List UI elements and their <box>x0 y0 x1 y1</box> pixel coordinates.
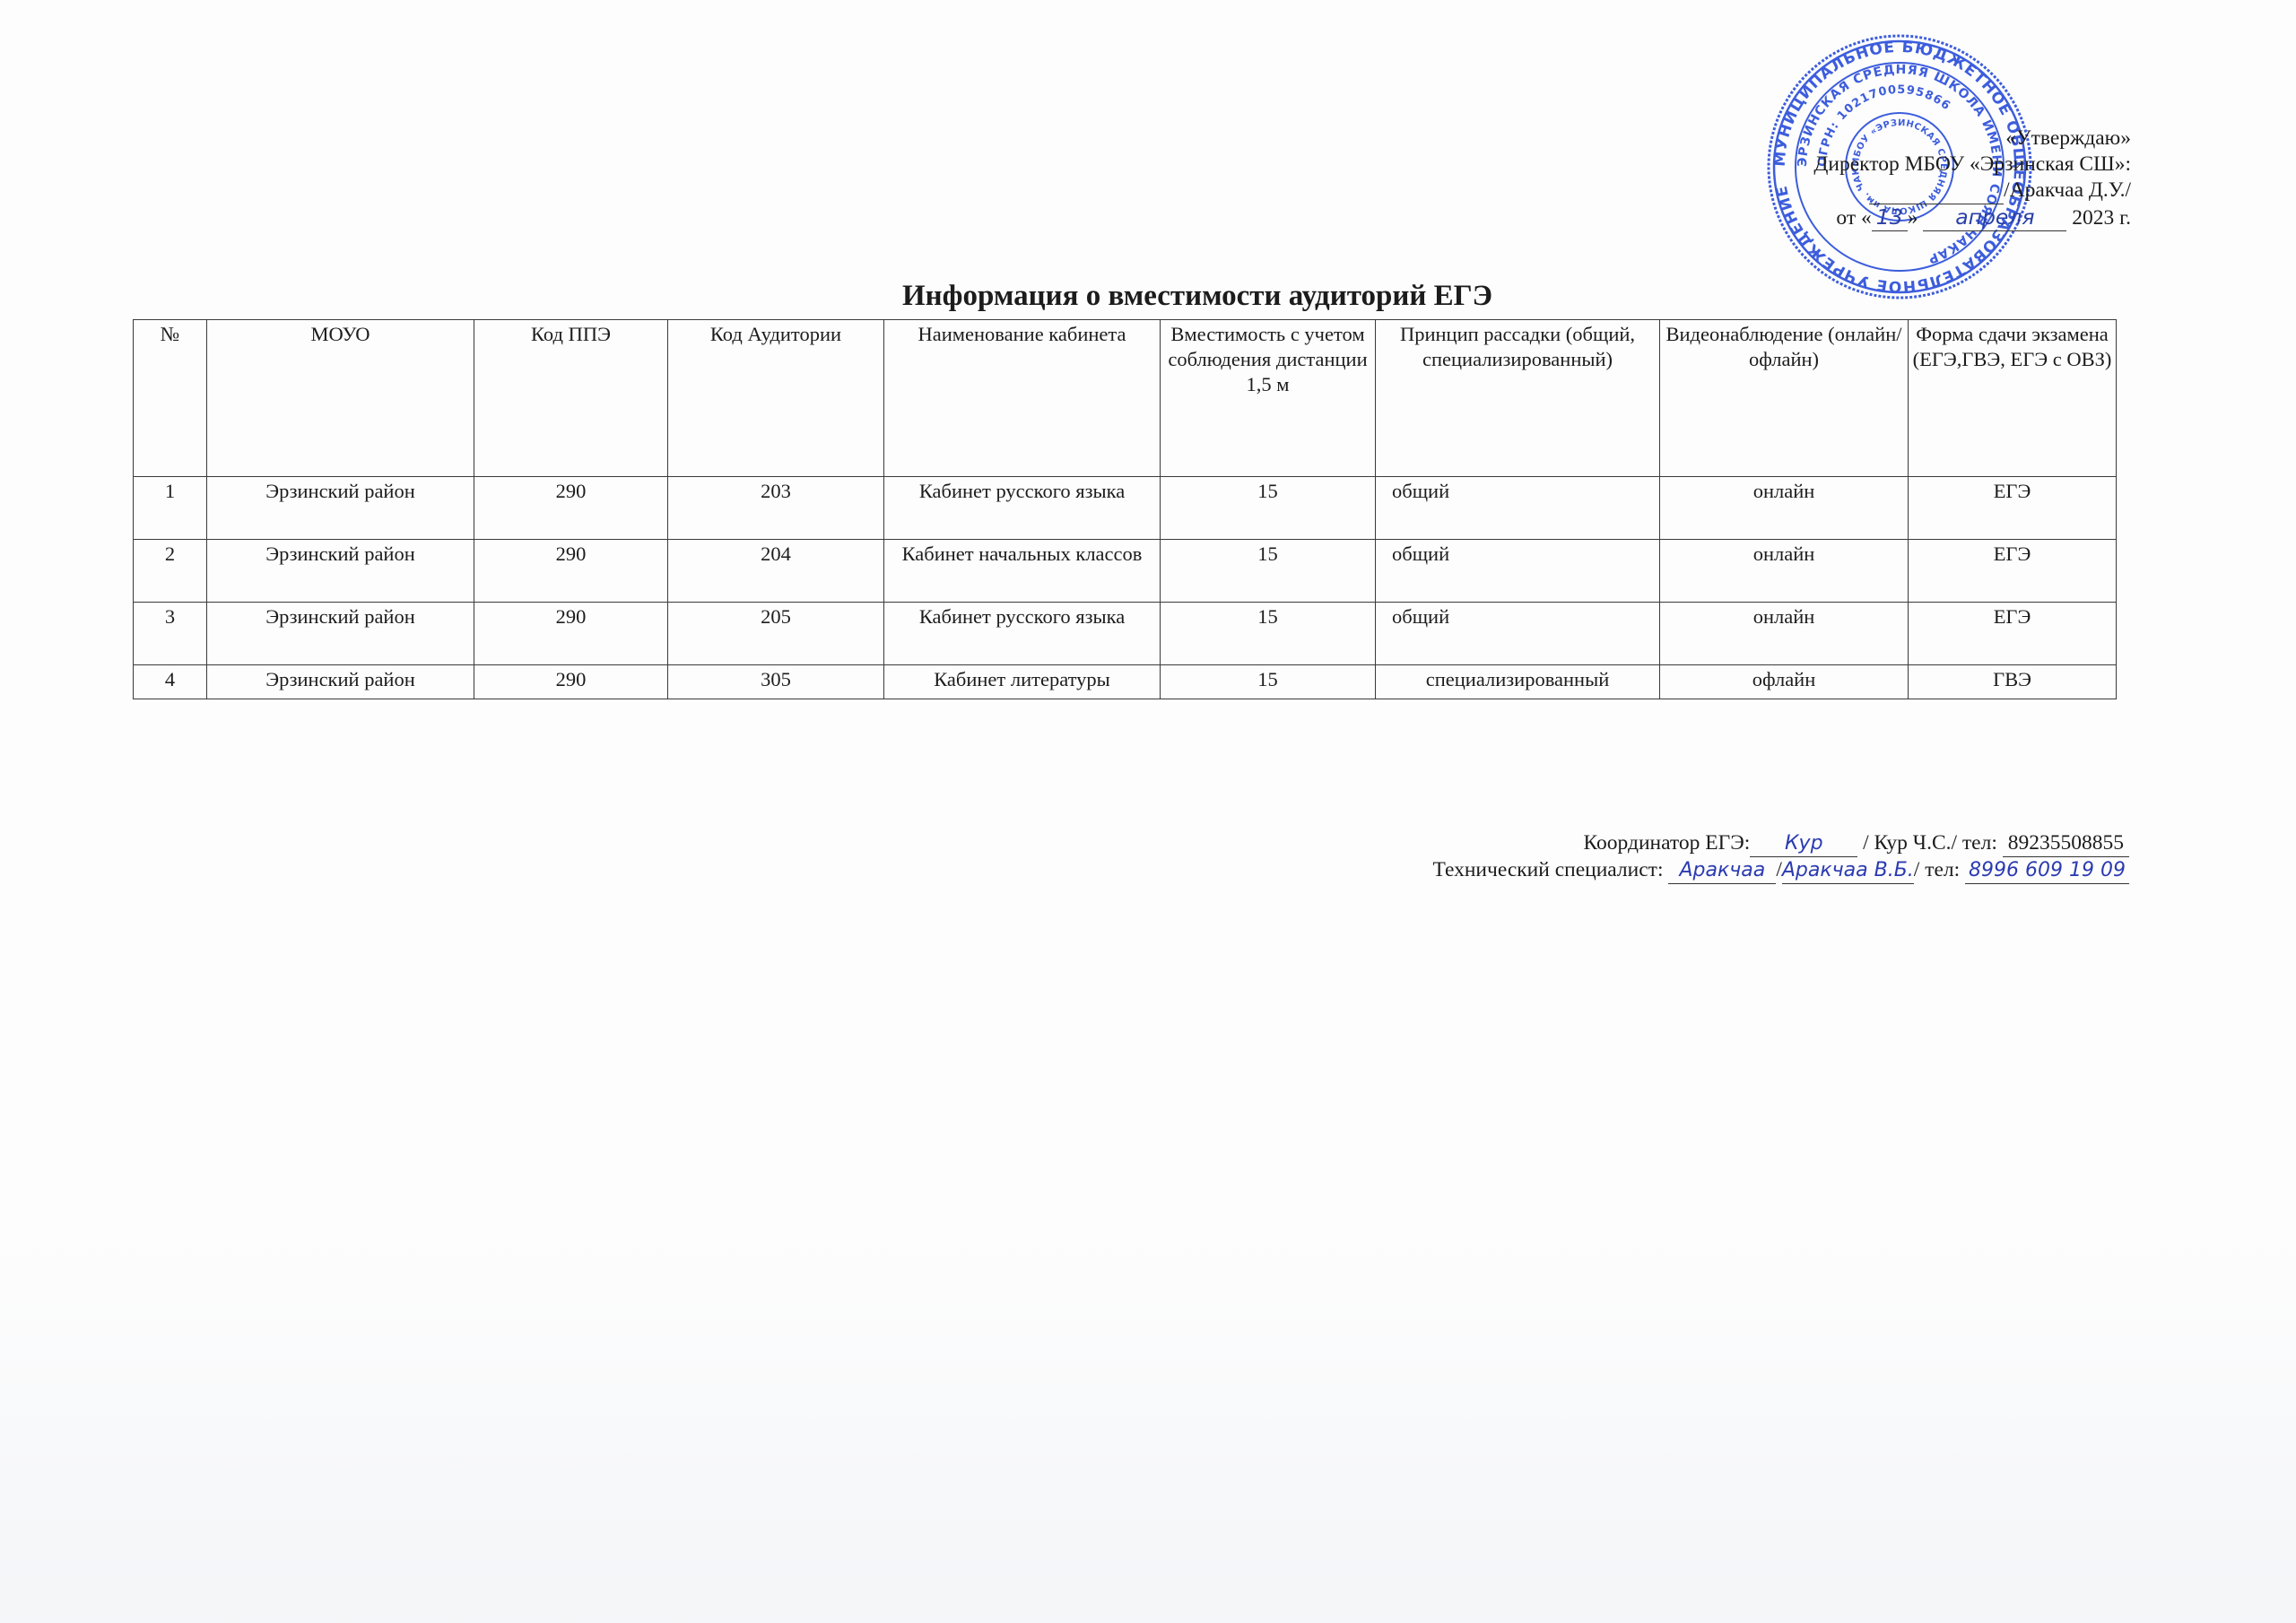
director-name: /Аракчаа Д.У./ <box>2004 178 2131 202</box>
header-video: Видеонаблюдение (онлайн/офлайн) <box>1660 320 1909 477</box>
coordinator-line: Координатор ЕГЭ:Кур / Кур Ч.С./ тел: 892… <box>1433 830 2129 857</box>
cell-number: 4 <box>134 665 207 699</box>
cell-room-name: Кабинет литературы <box>884 665 1161 699</box>
tech-phone: 8996 609 19 09 <box>1965 857 2129 884</box>
cell-mouo: Эрзинский район <box>207 477 474 540</box>
cell-exam-form: ЕГЭ <box>1909 603 2117 665</box>
scan-background <box>0 1237 2296 1623</box>
header-number: № <box>134 320 207 477</box>
cell-mouo: Эрзинский район <box>207 540 474 603</box>
table-header-row: № МОУО Код ППЭ Код Аудитории Наименовани… <box>134 320 2117 477</box>
cell-mouo: Эрзинский район <box>207 603 474 665</box>
cell-number: 1 <box>134 477 207 540</box>
director-signature-blank <box>1869 178 2004 204</box>
header-ppe-code: Код ППЭ <box>474 320 668 477</box>
approval-date-line: от «13» апреля 2023 г. <box>1813 204 2131 231</box>
tech-name: Аракчаа В.Б. <box>1782 857 1914 884</box>
cell-room-name: Кабинет русского языка <box>884 603 1161 665</box>
header-exam-form: Форма сдачи экзамена (ЕГЭ,ГВЭ, ЕГЭ с ОВЗ… <box>1909 320 2117 477</box>
cell-room-code: 305 <box>668 665 884 699</box>
cell-number: 2 <box>134 540 207 603</box>
header-mouo: МОУО <box>207 320 474 477</box>
cell-video: онлайн <box>1660 603 1909 665</box>
tech-specialist-line: Технический специалист: Аракчаа/Аракчаа … <box>1433 857 2129 884</box>
cell-capacity: 15 <box>1161 477 1376 540</box>
coordinator-phone: 89235508855 <box>2003 830 2129 857</box>
approval-position: Директор МБОУ «Эрзинская СШ»: <box>1813 152 2131 178</box>
cell-ppe-code: 290 <box>474 603 668 665</box>
cell-seating: специализированный <box>1376 665 1660 699</box>
approval-block: «Утверждаю» Директор МБОУ «Эрзинская СШ»… <box>1813 126 2131 231</box>
approval-name-line: /Аракчаа Д.У./ <box>1813 178 2131 204</box>
cell-ppe-code: 290 <box>474 665 668 699</box>
header-room-name: Наименование кабинета <box>884 320 1161 477</box>
date-prefix: от « <box>1836 206 1871 230</box>
date-day: 13 <box>1872 204 1908 231</box>
cell-video: онлайн <box>1660 477 1909 540</box>
cell-number: 3 <box>134 603 207 665</box>
table-row: 1 Эрзинский район 290 203 Кабинет русско… <box>134 477 2117 540</box>
capacity-table: № МОУО Код ППЭ Код Аудитории Наименовани… <box>133 319 2117 699</box>
cell-seating: общий <box>1376 477 1660 540</box>
cell-capacity: 15 <box>1161 603 1376 665</box>
cell-room-code: 203 <box>668 477 884 540</box>
cell-mouo: Эрзинский район <box>207 665 474 699</box>
cell-exam-form: ЕГЭ <box>1909 540 2117 603</box>
cell-video: онлайн <box>1660 540 1909 603</box>
cell-seating: общий <box>1376 603 1660 665</box>
table-row: 2 Эрзинский район 290 204 Кабинет началь… <box>134 540 2117 603</box>
header-seating: Принцип рассадки (общий, специализирован… <box>1376 320 1660 477</box>
date-year: 2023 г. <box>2072 206 2131 230</box>
cell-capacity: 15 <box>1161 665 1376 699</box>
signature-block: Координатор ЕГЭ:Кур / Кур Ч.С./ тел: 892… <box>1433 830 2129 884</box>
page-title: Информация о вместимости аудиторий ЕГЭ <box>0 280 2296 313</box>
header-room-code: Код Аудитории <box>668 320 884 477</box>
approval-heading: «Утверждаю» <box>1813 126 2131 152</box>
cell-video: офлайн <box>1660 665 1909 699</box>
tech-signature: Аракчаа <box>1668 857 1776 884</box>
coordinator-label: Координатор ЕГЭ: <box>1584 831 1751 855</box>
cell-ppe-code: 290 <box>474 477 668 540</box>
cell-seating: общий <box>1376 540 1660 603</box>
header-capacity: Вместимость с учетом соблюдения дистанци… <box>1161 320 1376 477</box>
cell-capacity: 15 <box>1161 540 1376 603</box>
cell-room-code: 204 <box>668 540 884 603</box>
cell-ppe-code: 290 <box>474 540 668 603</box>
table-row: 4 Эрзинский район 290 305 Кабинет литера… <box>134 665 2117 699</box>
cell-room-code: 205 <box>668 603 884 665</box>
cell-room-name: Кабинет русского языка <box>884 477 1161 540</box>
table-row: 3 Эрзинский район 290 205 Кабинет русско… <box>134 603 2117 665</box>
cell-exam-form: ЕГЭ <box>1909 477 2117 540</box>
date-mid: » <box>1908 206 1918 230</box>
cell-room-name: Кабинет начальных классов <box>884 540 1161 603</box>
cell-exam-form: ГВЭ <box>1909 665 2117 699</box>
tech-phone-label: тел: <box>1925 858 1960 881</box>
tech-label: Технический специалист: <box>1433 858 1664 881</box>
date-month: апреля <box>1923 204 2066 231</box>
coordinator-name: / Кур Ч.С./ тел: <box>1863 831 1997 855</box>
coordinator-signature: Кур <box>1750 830 1857 857</box>
